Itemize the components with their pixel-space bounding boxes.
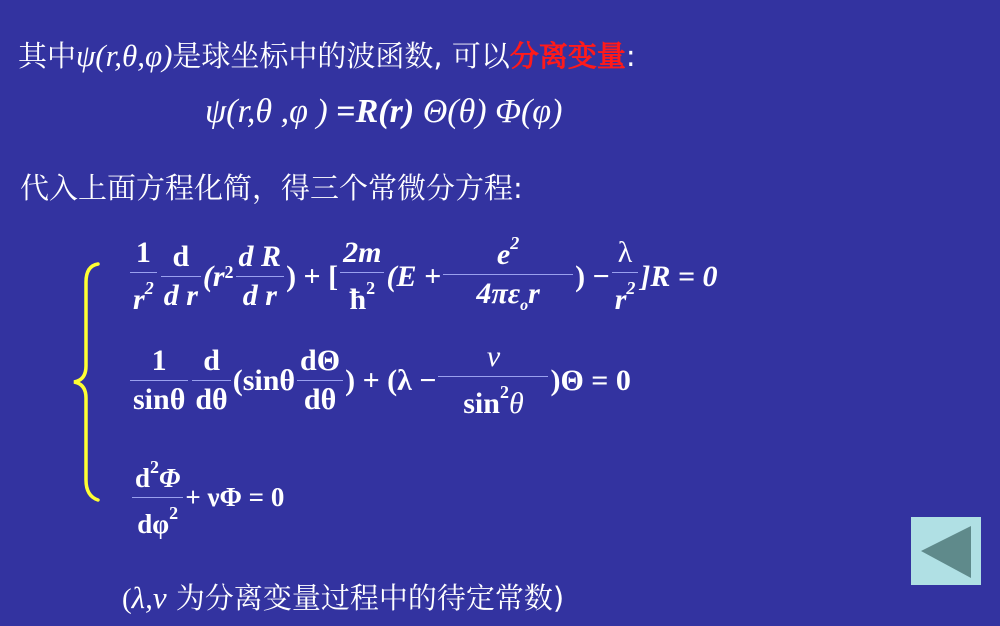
term: (r [203, 260, 225, 294]
left-brace-icon [66, 258, 106, 506]
term: )Θ = 0 [550, 364, 630, 398]
fraction: λr2 [612, 234, 639, 319]
radial-factor: R(r) [356, 93, 415, 130]
intro-suffix: : [626, 39, 636, 73]
fraction: d Rd r [236, 238, 285, 315]
polar-factor: Θ(θ) [423, 93, 487, 130]
intro-prefix: 其中 [18, 39, 76, 73]
equals: = [328, 93, 356, 130]
azimuthal-factor: Φ(φ) [495, 93, 562, 130]
fraction: e24πεor [443, 228, 573, 325]
intro-middle: 是球坐标中的波函数, 可以 [172, 39, 509, 73]
term: ) + [ [286, 260, 338, 294]
separation-equation: ψ(r,θ ,φ ) =R(r) Θ(θ) Φ(φ) [205, 88, 562, 136]
fraction: 1sinθ [130, 342, 188, 419]
fraction: dΘdθ [297, 342, 343, 419]
footnote-text: 为分离变量过程中的待定常数) [167, 581, 565, 615]
term: (sinθ [233, 364, 295, 398]
azimuthal-equation: d2Φdφ2 + νΦ = 0 [130, 452, 284, 543]
term: ) − [575, 260, 610, 294]
fraction: dd r [161, 238, 201, 315]
fraction: 2mħ2 [340, 234, 384, 319]
radial-equation: 1r2 dd r (r2 d Rd r ) + [ 2mħ2 (E + e24π… [128, 228, 717, 325]
simplify-line: 代入上面方程化简，得三个常微分方程: [20, 168, 523, 208]
term: ]R = 0 [640, 260, 717, 294]
constants: λ,ν [132, 580, 167, 615]
term: ) + (λ − [345, 364, 436, 398]
intro-line: 其中ψ(r,θ,φ)是球坐标中的波函数, 可以分离变量: [18, 36, 636, 77]
term: (E + [386, 260, 441, 294]
previous-slide-button[interactable] [911, 517, 981, 585]
term: + νΦ = 0 [185, 482, 284, 513]
wavefunction-symbol: ψ(r,θ,φ) [76, 38, 172, 73]
psi-lhs: ψ(r,θ ,φ ) [205, 93, 328, 130]
polar-equation: 1sinθ ddθ (sinθ dΘdθ ) + (λ − νsin2θ )Θ … [128, 338, 631, 423]
footnote: (λ,ν 为分离变量过程中的待定常数) [122, 578, 564, 619]
fraction: 1r2 [130, 234, 157, 319]
triangle-left-icon [911, 517, 981, 585]
separation-of-variables-highlight: 分离变量 [510, 39, 626, 73]
fraction: νsin2θ [438, 338, 548, 423]
fraction: ddθ [192, 342, 230, 419]
fraction: d2Φdφ2 [132, 452, 183, 543]
